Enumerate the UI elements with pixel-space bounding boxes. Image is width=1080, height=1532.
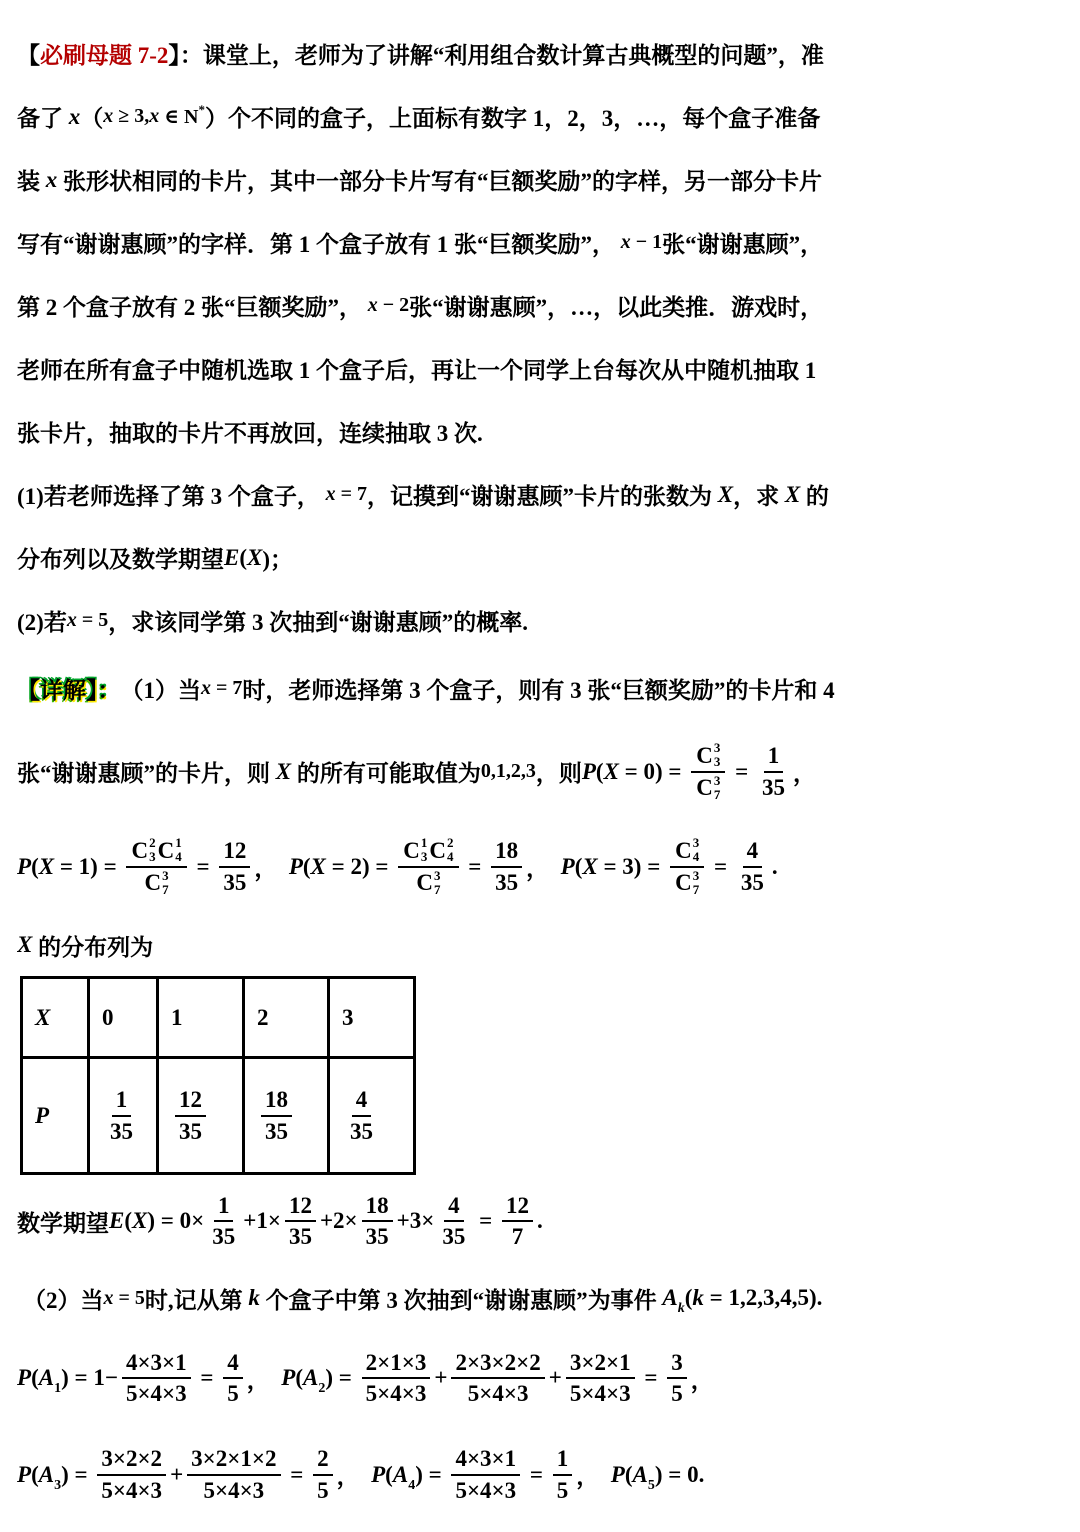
- distribution-table: X 0 1 2 3 P 135 1235 1835 435: [20, 976, 416, 1175]
- table-cell: 435: [329, 1058, 415, 1174]
- problem-line-6: 老师在所有盒子中随机选取 1 个盒子后，再让一个同学上台每次从中随机抽取 1: [17, 337, 1054, 400]
- problem-line-3: 装 x 张形状相同的卡片，其中一部分卡片写有“巨额奖励”的字样，另一部分卡片: [17, 148, 1054, 211]
- problem-line-2: 备了 x（x ≥ 3,x ∈ N*）个不同的盒子，上面标有数字 1，2，3，…，…: [17, 85, 1054, 148]
- table-cell: P: [22, 1058, 89, 1174]
- question-1-line-2: 分布列以及数学期望E(X)；: [17, 526, 1054, 589]
- table-cell: 2: [244, 978, 329, 1058]
- table-row-p: P 135 1235 1835 435: [22, 1058, 415, 1174]
- table-cell: 1: [158, 978, 244, 1058]
- table-cell: 1235: [158, 1058, 244, 1174]
- problem-line-4: 写有“谢谢惠顾”的字样．第 1 个盒子放有 1 张“巨额奖励”， x − 1张“…: [17, 211, 1054, 274]
- table-cell: 1835: [244, 1058, 329, 1174]
- table-cell: X: [22, 978, 89, 1058]
- table-cell: 0: [89, 978, 158, 1058]
- solution-eq-px123-line: P(X = 1) = C23C14C37 = 1235， P(X = 2) = …: [17, 819, 1054, 914]
- expectation-line: 数学期望E(X) = 0×135+1×1235+2×1835+3×435 = 1…: [17, 1175, 1054, 1267]
- table-row-x: X 0 1 2 3: [22, 978, 415, 1058]
- part2-intro-line: （2）当x = 5时,记从第 k 个盒子中第 3 次抽到“谢谢惠顾”为事件 Ak…: [17, 1267, 1054, 1329]
- problem-line-7: 张卡片，抽取的卡片不再放回，连续抽取 3 次.: [17, 400, 1054, 463]
- part2-eq-a1-a2-line: P(A1) = 1−4×3×15×4×3 = 45， P(A2) = 2×1×3…: [17, 1329, 1054, 1427]
- problem-line-5: 第 2 个盒子放有 2 张“巨额奖励”， x − 2张“谢谢惠顾”，…，以此类推…: [17, 274, 1054, 337]
- solution-eq-px0-line: 张“谢谢惠顾”的卡片，则 X 的所有可能取值为0,1,2,3，则P(X = 0)…: [17, 724, 1054, 819]
- distribution-caption-line: X 的分布列为: [17, 914, 1054, 976]
- part2-eq-a3-a4-a5-line: P(A3) = 3×2×25×4×3+3×2×1×25×4×3 = 25， P(…: [17, 1427, 1054, 1522]
- question-2-line: (2)若x = 5，求该同学第 3 次抽到“谢谢惠顾”的概率.: [17, 589, 1054, 652]
- solution-heading-line: 【详解】：（1）当x = 7时，老师选择第 3 个盒子，则有 3 张“巨额奖励”…: [17, 652, 1054, 724]
- worksheet-page: 【必刷母题 7-2】：课堂上，老师为了讲解“利用组合数计算古典概型的问题”，准 …: [0, 0, 1080, 1532]
- table-cell: 135: [89, 1058, 158, 1174]
- table-cell: 3: [329, 978, 415, 1058]
- problem-title-line: 【必刷母题 7-2】：课堂上，老师为了讲解“利用组合数计算古典概型的问题”，准: [17, 22, 1054, 85]
- question-1-line: (1)若老师选择了第 3 个盒子， x = 7，记摸到“谢谢惠顾”卡片的张数为 …: [17, 463, 1054, 526]
